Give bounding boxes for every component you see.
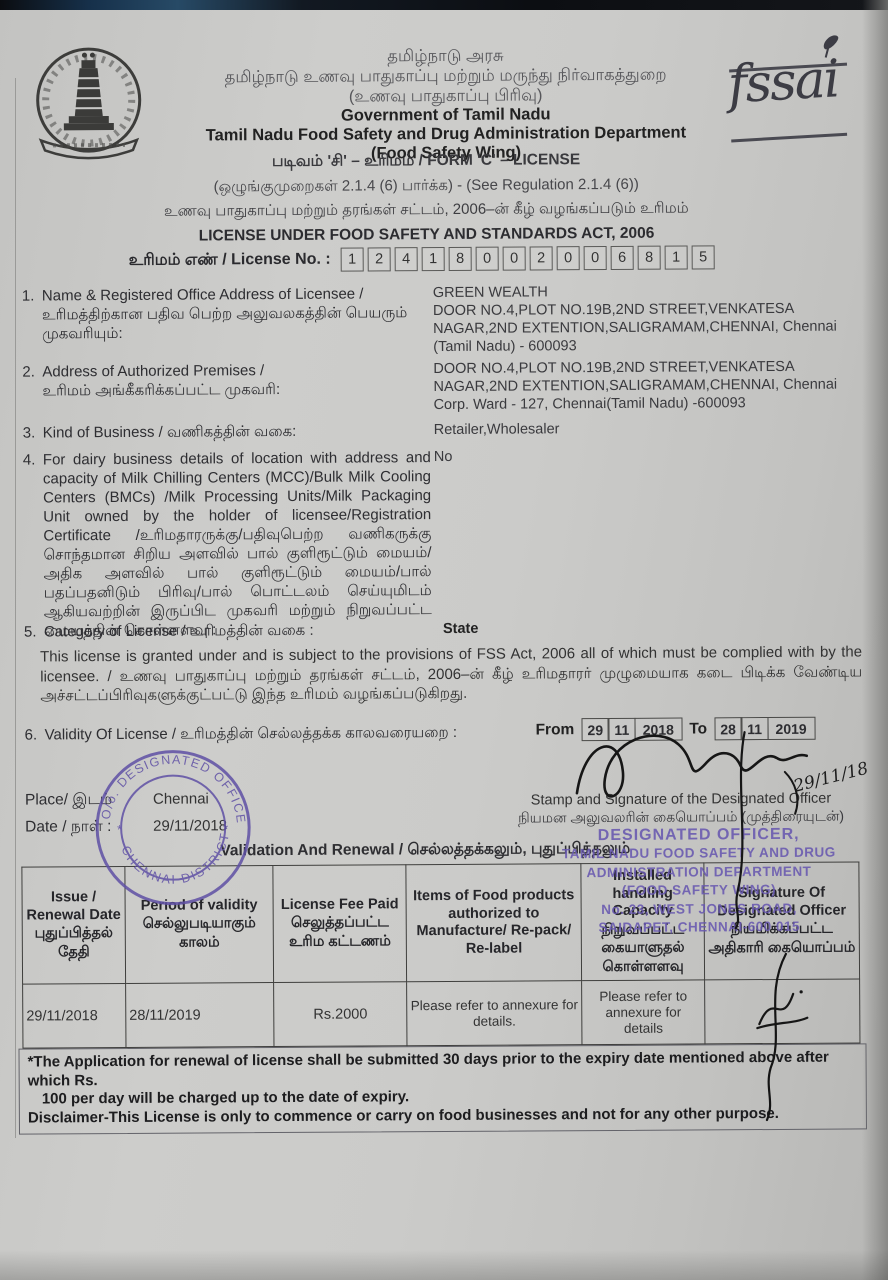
place-value: Chennai [153,790,209,807]
field4-label: 4. For dairy business details of locatio… [23,448,432,640]
field3-label: 3. Kind of Business / வணிகத்தின் வகை: [23,421,431,442]
renewal-table: Issue / Renewal Date புதுப்பித்தல் தேதி … [21,861,860,1048]
license-digit: 5 [692,245,715,269]
regulation-line: (ஒழுங்குமுறைகள் 2.1.4 (6) பார்க்க) - (Se… [0,174,855,198]
field3-text: Kind of Business / வணிகத்தின் வகை: [43,421,431,442]
to-month: 11 [741,717,769,740]
header-dept: Tamil Nadu Food Safety and Drug Administ… [165,123,727,145]
col-capacity: Installed handling Capacity நிறுவப்பட்ட … [581,863,705,981]
footer-notes: *The Application for renewal of license … [18,1043,867,1134]
field3-number: 3. [23,423,43,442]
field1-number: 1. [22,286,42,343]
col-period: Period of validity செல்லுபடியாகும் காலம் [125,866,274,984]
license-conditions-paragraph: This license is granted under and is sub… [40,642,862,706]
field5-label: 5. Category of License / உரிமத்தின் வகை … [24,620,432,641]
header-tamil-dept: தமிழ்நாடு உணவு பாதுகாப்பு மற்றும் மருந்த… [164,64,726,87]
document-header: தமிழ்நாடு அரசு தமிழ்நாடு உணவு பாதுகாப்பு… [164,44,727,164]
place-label: Place/ இடம் [25,791,112,811]
license-digit: 0 [557,246,580,270]
license-digit: 8 [638,246,661,270]
act-line-tamil: உணவு பாதுகாப்பு மற்றும் தரங்கள் சட்டம், … [0,198,855,222]
license-digit: 2 [530,246,553,270]
document-content: தமிழ்நாடு அரசு தமிழ்நாடு உணவு பாதுகாப்பு… [0,0,888,1280]
validity-from-label: From [535,721,574,739]
license-digit: 0 [584,246,607,270]
date-value: 29/11/2018 [153,817,227,834]
col-header-en: Signature Of Designated Officer [708,884,856,920]
field4-value: No [434,445,858,466]
col-signature: Signature Of Designated Officer நியமிக்க… [704,862,860,980]
validity-to-date: 28 11 2019 [714,717,815,741]
field5-text: Category of License / உரிமத்தின் வகை : [44,620,432,641]
license-digit: 0 [503,246,526,270]
col-header-ta: செலுத்தப்பட்ட உரிம கட்டணம் [277,914,403,952]
license-digit: 1 [341,247,364,271]
license-number-label: உரிமம் எண் / License No. : [129,250,331,271]
license-digit: 0 [476,247,499,271]
field5-value: State [443,617,867,638]
date-label: Date / நாள் : [25,818,111,838]
col-header-en: Installed handling Capacity [584,867,700,920]
col-fee: License Fee Paid செலுத்தப்பட்ட உரிம கட்ட… [273,865,407,983]
field6-label: 6. Validity Of License / உரிமத்தின் செல்… [25,723,505,745]
field2-value: DOOR NO.4,PLOT NO.19B,2ND STREET,VENKATE… [433,357,857,414]
form-title: படிவம் 'சி' – உரிமம் / FORM 'C' – LICENS… [0,149,855,173]
table-header-row: Issue / Renewal Date புதுப்பித்தல் தேதி … [22,862,860,984]
license-digit: 1 [665,246,688,270]
fssai-wordmark: fssai [726,49,840,115]
license-digit: 8 [449,247,472,271]
fssai-bottom-rule [731,133,847,142]
field6-number: 6. [25,725,45,744]
cell-signature [705,979,860,1044]
col-header-ta: செல்லுபடியாகும் காலம் [129,914,270,952]
scanned-license-document: தமிழ்நாடு அரசு தமிழ்நாடு உணவு பாதுகாப்பு… [0,0,888,1280]
signature-caption-ta: நியமன அலுவலரின் கையொப்பம் (முத்திரையுடன்… [481,807,881,828]
field2-label: 2. Address of Authorized Premises / உரிம… [22,360,430,400]
field3-value: Retailer,Wholesaler [434,418,858,439]
renewal-section-title: Validation And Renewal / செல்லத்தக்கலும்… [1,839,849,863]
footer-line1: *The Application for renewal of license … [28,1048,858,1090]
col-header-ta: நியமிக்கப்பட்ட அதிகாரி கையொப்பம் [708,919,856,957]
paper-bottom-edge [0,1250,888,1280]
fssai-logo: fssai [726,40,858,149]
col-header-en: Period of validity [129,897,270,915]
field2-number: 2. [22,362,42,400]
signature-caption-en: Stamp and Signature of the Designated Of… [481,790,881,808]
field1-text: Name & Registered Office Address of Lice… [42,284,430,343]
to-day: 28 [714,717,742,740]
col-header-en: Issue / Renewal Date [26,889,122,925]
col-items: Items of Food products authorized to Man… [406,864,582,982]
cell-fee: Rs.2000 [274,982,407,1047]
from-year: 2018 [634,718,682,741]
license-number-row: உரிமம் எண் / License No. : 1 2 4 1 8 0 0… [0,245,846,274]
col-header-en: License Fee Paid [277,896,403,914]
col-issue-date: Issue / Renewal Date புதுப்பித்தல் தேதி [22,866,126,984]
paper-right-edge [862,0,888,1280]
license-number-boxes: 1 2 4 1 8 0 0 2 0 0 6 8 1 5 [341,245,715,271]
field1-value: GREEN WEALTH DOOR NO.4,PLOT NO.19B,2ND S… [433,281,857,356]
cell-validity: 28/11/2019 [126,983,275,1048]
cell-items: Please refer to annexure for details. [407,981,582,1046]
validity-from-date: 29 11 2018 [581,718,682,742]
col-header-ta: புதுப்பித்தல் தேதி [26,924,122,962]
license-digit: 1 [422,247,445,271]
col-header-en: Items of Food products authorized to Man… [410,887,578,958]
license-digit: 2 [368,247,391,271]
svg-text:*: * [117,822,122,837]
row-signature-icon [749,984,815,1034]
field1-label: 1. Name & Registered Office Address of L… [22,284,430,343]
act-line-english: LICENSE UNDER FOOD SAFETY AND STANDARDS … [0,223,856,246]
validity-to-label: To [689,720,707,738]
table-data-row: 29/11/2018 28/11/2019 Rs.2000 Please ref… [23,979,860,1048]
from-month: 11 [608,718,636,741]
col-header-ta: நிறுவப்பட்ட கையாளுதல் கொள்ளளவு [585,920,701,976]
field4-text: For dairy business details of location w… [43,448,432,640]
field2-text: Address of Authorized Premises / உரிமம் … [42,360,430,400]
field4-number: 4. [23,450,44,640]
cell-capacity: Please refer to annexure for details [582,980,705,1045]
license-digit: 6 [611,246,634,270]
field6-text: Validity Of License / உரிமத்தின் செல்லத்… [45,723,505,745]
cell-issue-date: 29/11/2018 [23,983,126,1048]
validity-dates: From 29 11 2018 To 28 11 2019 [535,717,815,742]
to-year: 2019 [767,717,815,740]
license-digit: 4 [395,247,418,271]
field5-number: 5. [24,622,44,641]
svg-text:O/o. DESIGNATED OFFICER. TN: O/o. DESIGNATED OFFICER. TN [87,741,249,826]
from-day: 29 [581,718,609,741]
